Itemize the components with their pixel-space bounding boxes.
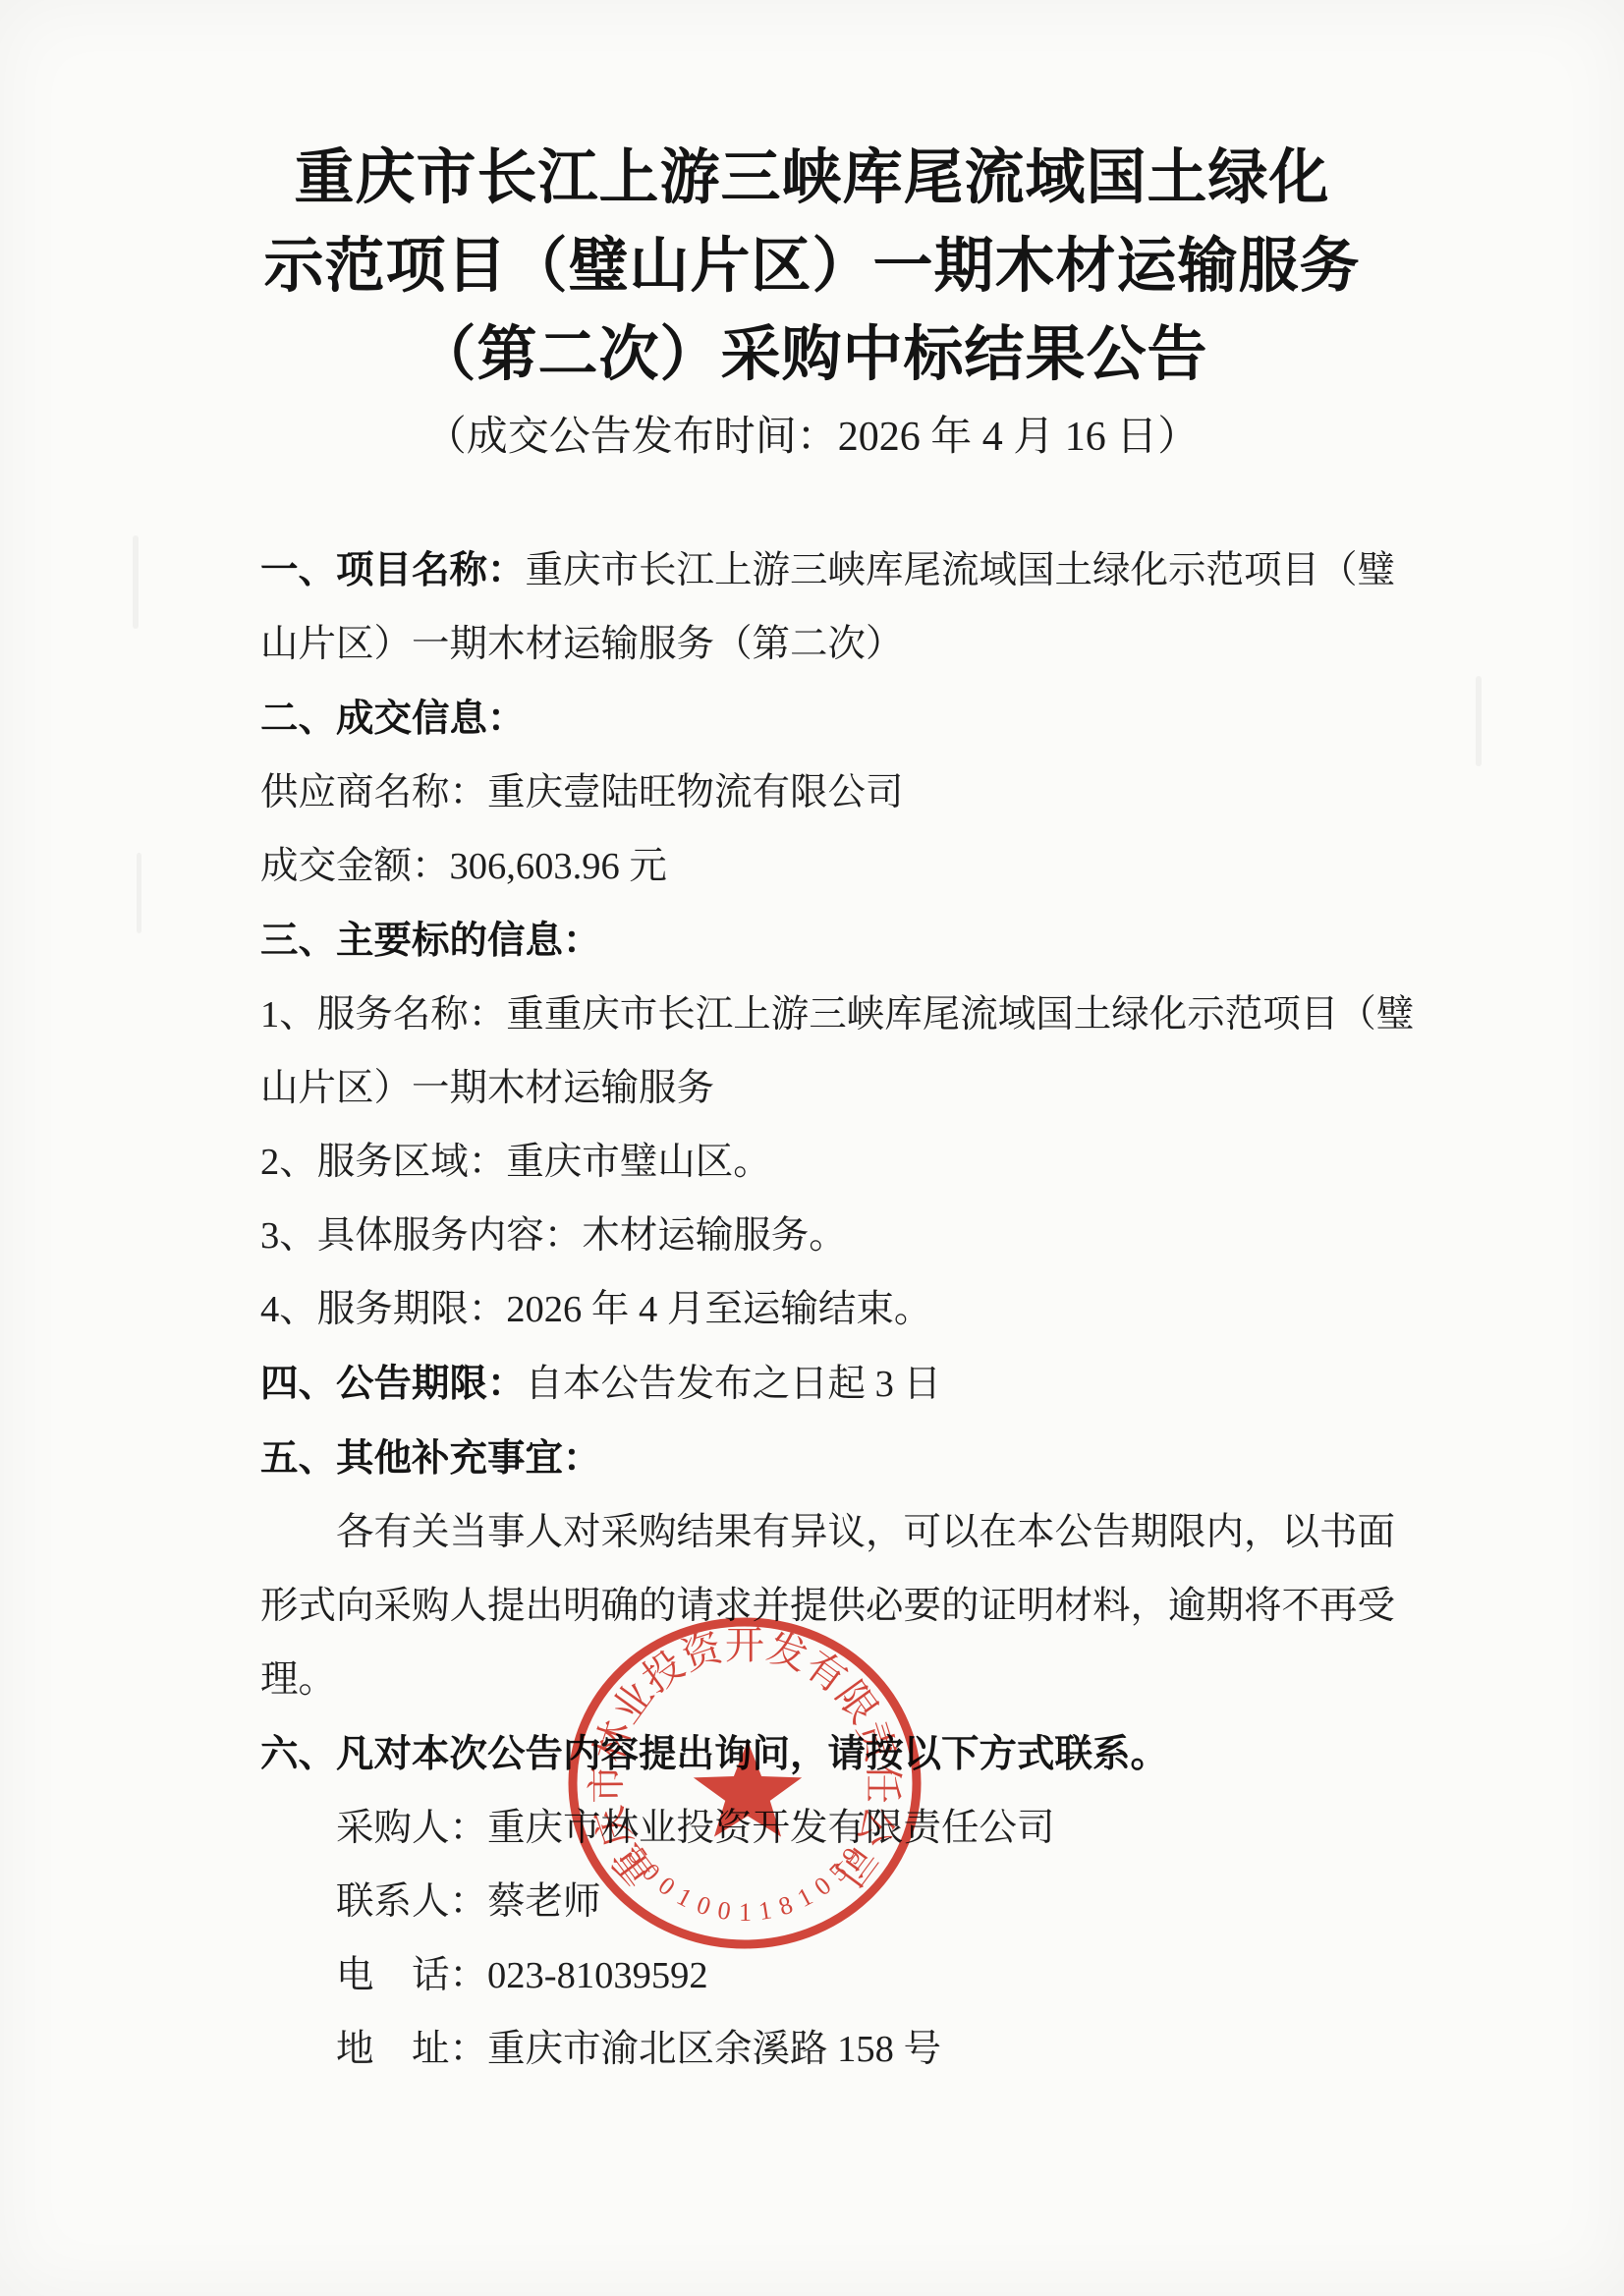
section-other-matters-heading: 五、其他补充事宜：: [260, 1422, 1420, 1496]
service-region-item: 2、服务区域：重庆市璧山区。: [260, 1126, 1420, 1200]
publish-date-subtitle: （成交公告发布时间：2026 年 4 月 16 日）: [0, 398, 1624, 476]
scanned-announcement-page: 重庆市长江上游三峡库尾流域国土绿化 示范项目（璧山片区）一期木材运输服务 （第二…: [0, 0, 1624, 2296]
scan-artifact: [1476, 676, 1482, 766]
service-content-item: 3、具体服务内容：木材运输服务。: [260, 1200, 1420, 1273]
section4-label: 四、公告期限：: [260, 1363, 526, 1405]
amount-label: 成交金额：: [260, 846, 450, 887]
section6-label: 六、凡对本次公告内容提出询问，请按以下方式联系。: [260, 1733, 1168, 1775]
buyer-value: 重庆市林业投资开发有限责任公司: [487, 1808, 1055, 1849]
section2-label: 二、成交信息：: [260, 698, 526, 740]
document-title: 重庆市长江上游三峡库尾流域国土绿化 示范项目（璧山片区）一期木材运输服务 （第二…: [0, 135, 1624, 400]
service-period-item: 4、服务期限：2026 年 4 月至运输结束。: [260, 1273, 1420, 1347]
document-body: 一、项目名称：重庆市长江上游三峡库尾流域国土绿化示范项目（璧山片区）一期木材运输…: [260, 533, 1420, 2087]
address-value: 重庆市渝北区余溪路 158 号: [487, 2029, 941, 2070]
supplier-name: 重庆壹陆旺物流有限公司: [487, 772, 904, 813]
section-subject-info-heading: 三、主要标的信息：: [260, 904, 1420, 979]
section3-label: 三、主要标的信息：: [260, 920, 601, 962]
section-announcement-period: 四、公告期限：自本公告发布之日起 3 日: [260, 1347, 1420, 1422]
scan-artifact: [133, 535, 139, 629]
phone-label: 电 话：: [336, 1955, 487, 1996]
section5-label: 五、其他补充事宜：: [260, 1437, 601, 1480]
section1-label: 一、项目名称：: [260, 549, 526, 591]
objection-paragraph: 各有关当事人对采购结果有异议，可以在本公告期限内，以书面形式向采购人提出明确的请…: [260, 1496, 1420, 1717]
amount-value: 306,603.96 元: [450, 846, 667, 887]
scan-artifact: [137, 853, 141, 933]
section-contact-heading: 六、凡对本次公告内容提出询问，请按以下方式联系。: [260, 1717, 1420, 1792]
title-line-2: 示范项目（璧山片区）一期木材运输服务: [0, 223, 1624, 311]
address-label: 地 址：: [336, 2029, 487, 2070]
title-line-1: 重庆市长江上游三峡库尾流域国土绿化: [0, 135, 1624, 223]
section-deal-info-heading: 二、成交信息：: [260, 682, 1420, 756]
phone-line: 电 话：023-81039592: [260, 1939, 1420, 2013]
section4-text: 自本公告发布之日起 3 日: [526, 1364, 942, 1405]
contact-person-line: 联系人：蔡老师: [260, 1866, 1420, 1939]
contact-person-value: 蔡老师: [487, 1881, 601, 1923]
address-line: 地 址：重庆市渝北区余溪路 158 号: [260, 2013, 1420, 2087]
buyer-line: 采购人：重庆市林业投资开发有限责任公司: [260, 1792, 1420, 1866]
service-name-item: 1、服务名称：重重庆市长江上游三峡库尾流域国土绿化示范项目（璧山片区）一期木材运…: [260, 979, 1420, 1126]
title-line-3: （第二次）采购中标结果公告: [0, 311, 1624, 400]
supplier-line: 供应商名称：重庆壹陆旺物流有限公司: [260, 756, 1420, 830]
buyer-label: 采购人：: [336, 1808, 487, 1849]
section-project-name: 一、项目名称：重庆市长江上游三峡库尾流域国土绿化示范项目（璧山片区）一期木材运输…: [260, 533, 1420, 682]
phone-value: 023-81039592: [487, 1955, 708, 1996]
amount-line: 成交金额：306,603.96 元: [260, 830, 1420, 904]
contact-person-label: 联系人：: [336, 1881, 487, 1923]
supplier-label: 供应商名称：: [260, 772, 487, 813]
